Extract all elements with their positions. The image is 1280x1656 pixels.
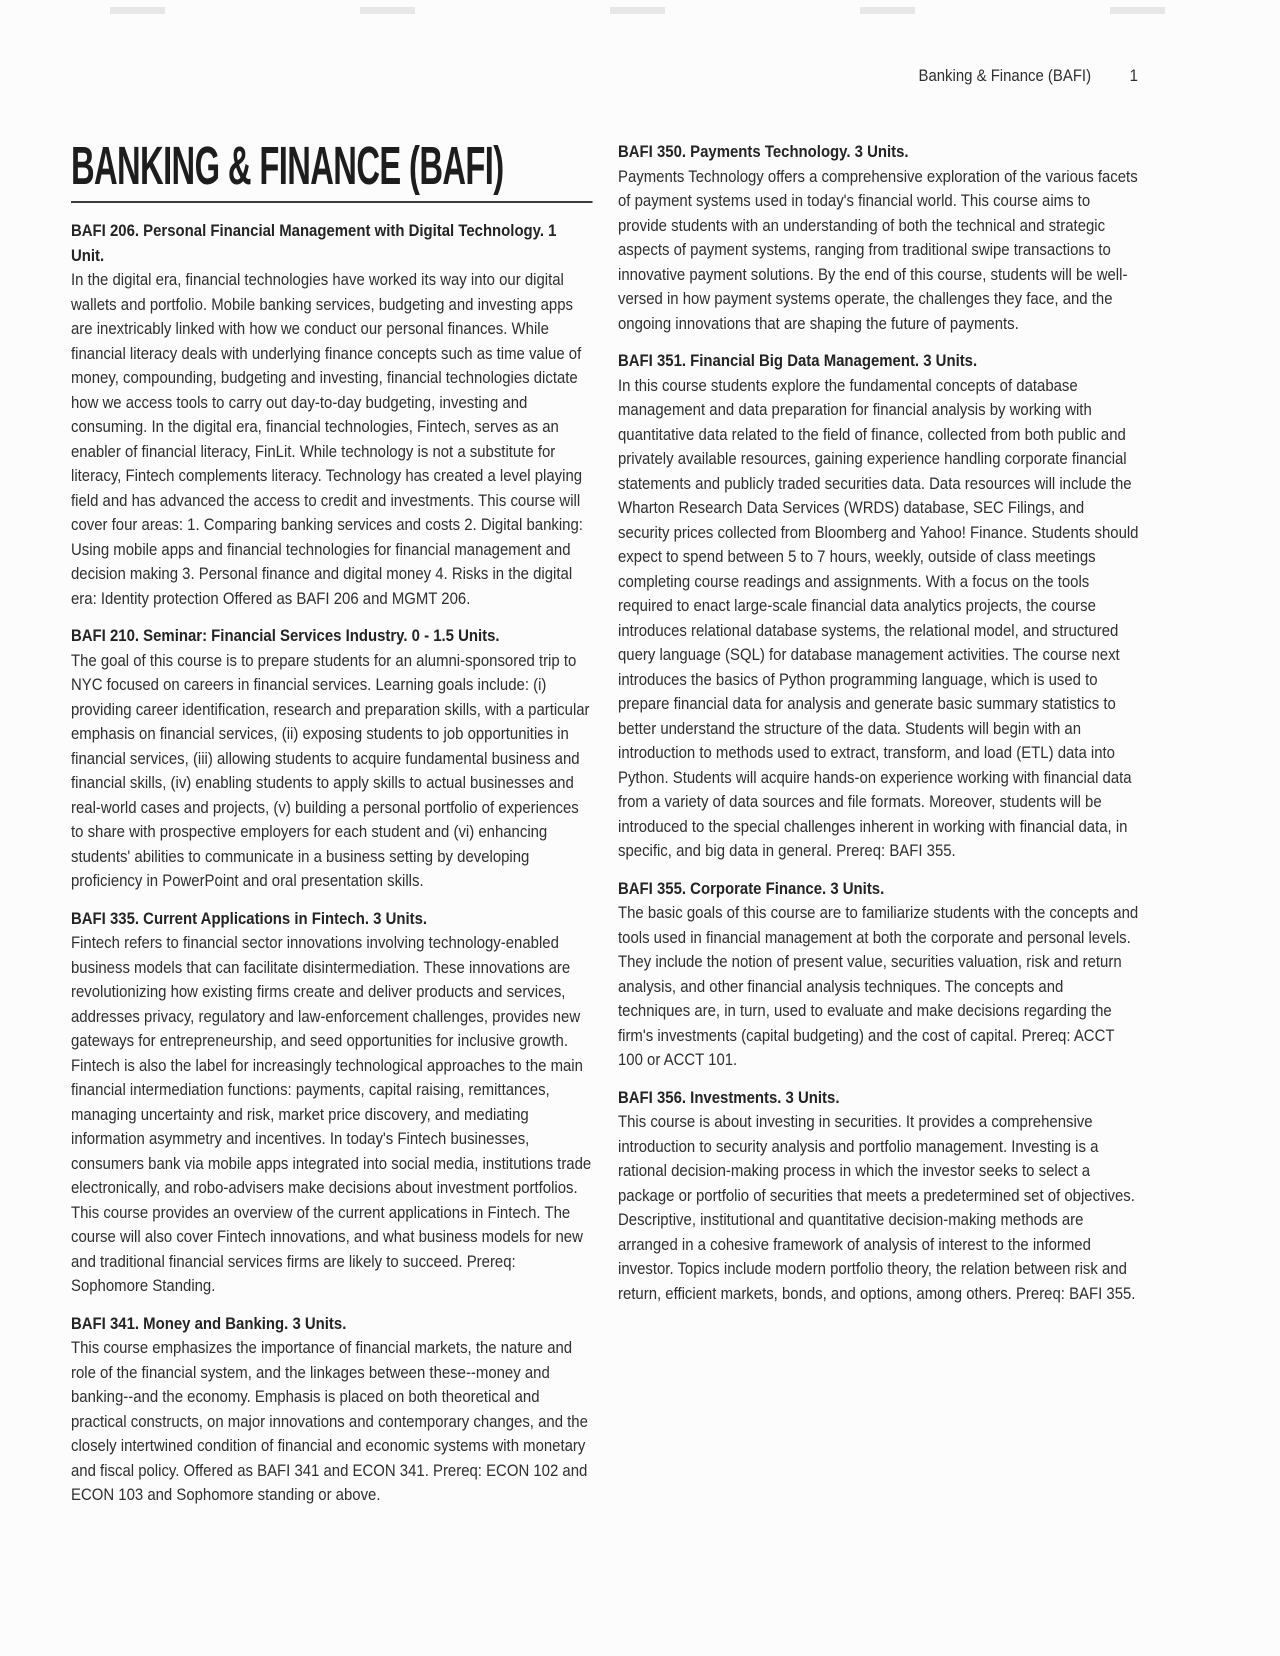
course-description: The goal of this course is to prepare st… — [71, 649, 593, 894]
course-heading: BAFI 210. Seminar: Financial Services In… — [71, 624, 593, 649]
course-block: BAFI 355. Corporate Finance. 3 Units.The… — [618, 877, 1140, 1073]
page-number: 1 — [1130, 64, 1138, 88]
course-block: BAFI 350. Payments Technology. 3 Units.P… — [618, 140, 1140, 336]
course-block: BAFI 356. Investments. 3 Units.This cour… — [618, 1086, 1140, 1307]
page-header: Banking & Finance (BAFI) 1 — [919, 64, 1139, 88]
column-right: BAFI 350. Payments Technology. 3 Units.P… — [618, 140, 1140, 1319]
title-rule — [71, 201, 593, 203]
course-description: The basic goals of this course are to fa… — [618, 901, 1140, 1073]
course-heading: BAFI 350. Payments Technology. 3 Units. — [618, 140, 1140, 165]
course-heading: BAFI 355. Corporate Finance. 3 Units. — [618, 877, 1140, 902]
page-title: BANKING & FINANCE (BAFI) — [71, 138, 431, 194]
course-block: BAFI 341. Money and Banking. 3 Units.Thi… — [71, 1312, 593, 1508]
course-block: BAFI 210. Seminar: Financial Services In… — [71, 624, 593, 894]
column-left: BANKING & FINANCE (BAFI) BAFI 206. Perso… — [71, 138, 593, 1521]
running-title: Banking & Finance (BAFI) — [919, 64, 1092, 88]
course-heading: BAFI 341. Money and Banking. 3 Units. — [71, 1312, 593, 1337]
course-block: BAFI 335. Current Applications in Fintec… — [71, 907, 593, 1299]
course-heading: BAFI 351. Financial Big Data Management.… — [618, 349, 1140, 374]
course-block: BAFI 351. Financial Big Data Management.… — [618, 349, 1140, 864]
course-heading: BAFI 335. Current Applications in Fintec… — [71, 907, 593, 932]
course-heading: BAFI 206. Personal Financial Management … — [71, 219, 593, 268]
scan-artifact — [110, 7, 1210, 14]
course-description: In the digital era, financial technologi… — [71, 268, 593, 611]
course-description: This course emphasizes the importance of… — [71, 1336, 593, 1508]
course-description: Payments Technology offers a comprehensi… — [618, 165, 1140, 337]
course-description: Fintech refers to financial sector innov… — [71, 931, 593, 1299]
catalog-page: { "page": { "running_title": "Banking & … — [0, 0, 1280, 1656]
course-block: BAFI 206. Personal Financial Management … — [71, 219, 593, 611]
course-description: This course is about investing in securi… — [618, 1110, 1140, 1306]
course-heading: BAFI 356. Investments. 3 Units. — [618, 1086, 1140, 1111]
course-description: In this course students explore the fund… — [618, 374, 1140, 864]
